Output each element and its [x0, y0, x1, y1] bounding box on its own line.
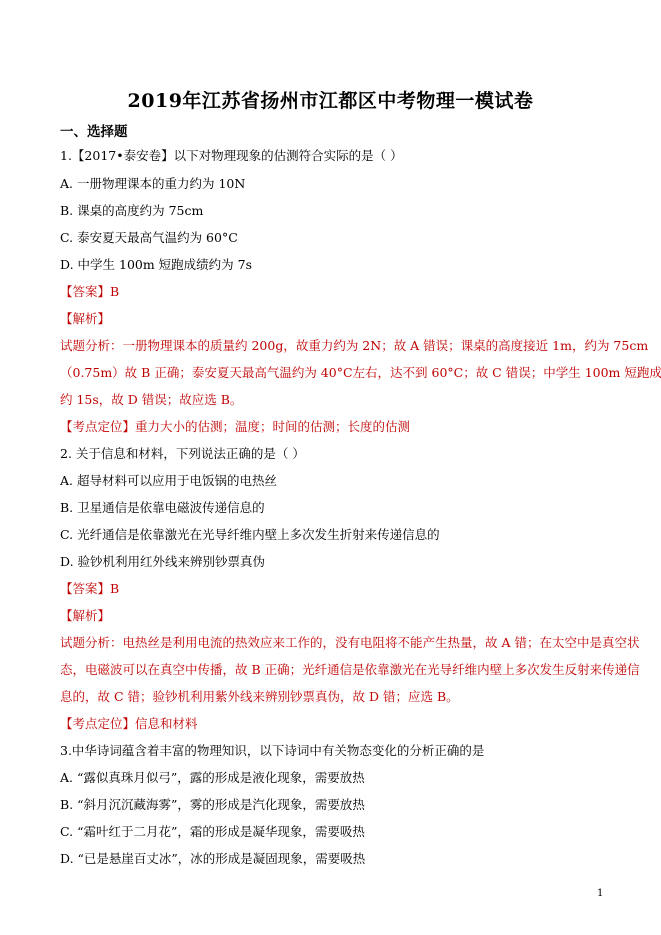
- document-title: 2019年江苏省扬州市江都区中考物理一模试卷: [0, 86, 661, 113]
- q2-stem: 2. 关于信息和材料，下列说法正确的是（ ）: [60, 446, 305, 462]
- q1-analysis-label: 【解析】: [60, 311, 110, 327]
- q2-answer: 【答案】B: [60, 581, 119, 597]
- q3-option-b: B. “斜月沉沉藏海雾”，雾的形成是汽化现象，需要放热: [60, 797, 365, 813]
- q2-analysis-line-3: 息的，故 C 错；验钞机利用紫外线来辨别钞票真伪，故 D 错；应选 B。: [60, 689, 459, 705]
- q1-analysis-line-2: （0.75m）故 B 正确；泰安夏天最高气温约为 40°C左右，达不到 60°C…: [60, 365, 661, 381]
- q1-answer: 【答案】B: [60, 284, 119, 300]
- q2-option-c: C. 光纤通信是依靠激光在光导纤维内壁上多次发生折射来传递信息的: [60, 527, 440, 543]
- q1-analysis-line-1: 试题分析：一册物理课本的质量约 200g，故重力约为 2N；故 A 错误；课桌的…: [60, 338, 648, 354]
- q2-option-b: B. 卫星通信是依靠电磁波传递信息的: [60, 500, 265, 516]
- page-number: 1: [597, 888, 603, 899]
- q2-key-point: 【考点定位】信息和材料: [60, 716, 198, 732]
- q2-analysis-line-1: 试题分析：电热丝是利用电流的热效应来工作的，没有电阻将不能产生热量，故 A 错；…: [60, 635, 639, 651]
- q1-stem: 1.【2017•泰安卷】以下对物理现象的估测符合实际的是（ ）: [60, 148, 403, 164]
- q1-option-b: B. 课桌的高度约为 75cm: [60, 203, 203, 219]
- q2-analysis-line-2: 态，电磁波可以在真空中传播，故 B 正确；光纤通信是依靠激光在光导纤维内壁上多次…: [60, 662, 640, 678]
- q2-option-d: D. 验钞机利用红外线来辨别钞票真伪: [60, 554, 265, 570]
- q2-option-a: A. 超导材料可以应用于电饭锅的电热丝: [60, 473, 277, 489]
- q3-option-d: D. “已是悬崖百丈冰”，冰的形成是凝固现象，需要吸热: [60, 851, 365, 867]
- q1-option-d: D. 中学生 100m 短跑成绩约为 7s: [60, 257, 252, 273]
- q3-option-a: A. “露似真珠月似弓”，露的形成是液化现象，需要放热: [60, 770, 365, 786]
- q1-analysis-line-3: 约 15s，故 D 错误；故应选 B。: [60, 392, 242, 408]
- q2-analysis-label: 【解析】: [60, 608, 110, 624]
- q1-option-c: C. 泰安夏天最高气温约为 60°C: [60, 230, 238, 246]
- q1-key-point: 【考点定位】重力大小的估测；温度；时间的估测；长度的估测: [60, 419, 410, 435]
- section-heading: 一、选择题: [60, 120, 128, 140]
- q3-stem: 3.中华诗词蕴含着丰富的物理知识，以下诗词中有关物态变化的分析正确的是: [60, 743, 484, 759]
- q1-option-a: A. 一册物理课本的重力约为 10N: [60, 176, 245, 192]
- q3-option-c: C. “霜叶红于二月花”，霜的形成是凝华现象，需要吸热: [60, 824, 365, 840]
